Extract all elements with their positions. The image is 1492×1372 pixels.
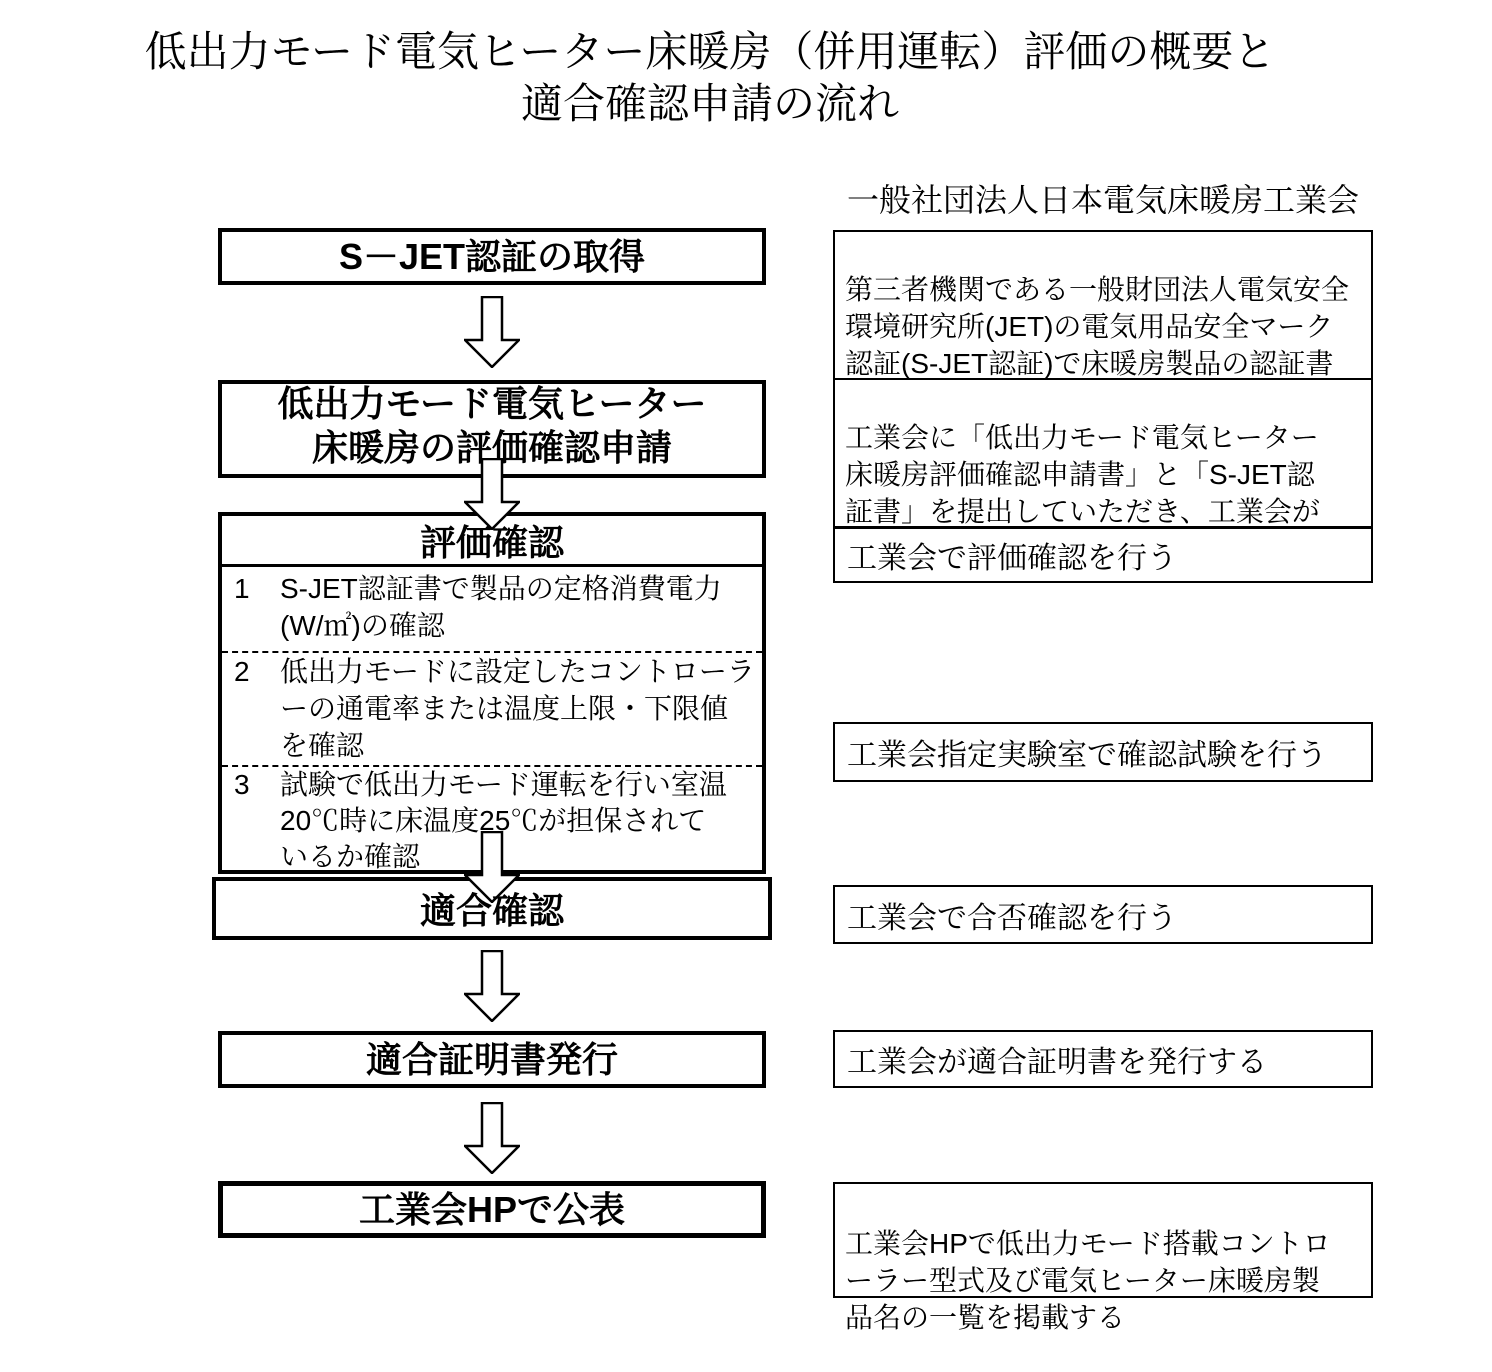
evaluation-header-label: 評価確認 <box>218 516 766 564</box>
note-box-application: 工業会に「低出力モード電気ヒーター 床暖房評価確認申請書」と「S-JET認 証書… <box>833 378 1373 528</box>
note-box-publication: 工業会HPで低出力モード搭載コントロ ーラー型式及び電気ヒーター床暖房製 品名の… <box>833 1182 1373 1298</box>
note-text-publication: 工業会HPで低出力モード搭載コントロ ーラー型式及び電気ヒーター床暖房製 品名の… <box>845 1228 1331 1333</box>
page-title: 低出力モード電気ヒーター床暖房（併用運転）評価の概要と 適合確認申請の流れ <box>30 26 1390 130</box>
eval-item: 2 低出力モードに設定したコントローラ ーの通電率または温度上限・下限値 を確認 <box>222 653 762 767</box>
note-box-evaluation: 工業会で評価確認を行う <box>833 527 1373 583</box>
organization-name: 一般社団法人日本電気床暖房工業会 <box>833 182 1373 218</box>
step-label-evaluation: 評価確認 <box>420 515 564 566</box>
step-label-sjet: S－JET認証の取得 <box>339 235 645 279</box>
evaluation-box: 1 S-JET認証書で製品の定格消費電力 (W/㎡)の確認 2 低出力モードに設… <box>218 512 766 874</box>
step-box-certificate: 適合証明書発行 <box>218 1031 766 1088</box>
note-box-certificate: 工業会が適合証明書を発行する <box>833 1030 1373 1088</box>
down-arrow-icon <box>464 1102 520 1174</box>
down-arrow-icon <box>464 296 520 368</box>
step-label-conformity: 適合確認 <box>420 883 564 934</box>
note-box-conformity: 工業会で合否確認を行う <box>833 885 1373 944</box>
note-text-certificate: 工業会が適合証明書を発行する <box>847 1037 1267 1081</box>
eval-item-text: S-JET認証書で製品の定格消費電力 (W/㎡)の確認 <box>280 570 756 644</box>
step-label-certificate: 適合証明書発行 <box>366 1038 618 1082</box>
eval-item-text: 低出力モードに設定したコントローラ ーの通電率または温度上限・下限値 を確認 <box>280 653 756 764</box>
step-label-publication: 工業会HPで公表 <box>359 1188 625 1232</box>
step-label-application: 低出力モード電気ヒーター 床暖房の評価確認申請 <box>277 382 706 470</box>
note-text-lab-test: 工業会指定実験室で確認試験を行う <box>847 730 1327 774</box>
eval-item: 1 S-JET認証書で製品の定格消費電力 (W/㎡)の確認 <box>222 567 762 653</box>
note-text-evaluation: 工業会で評価確認を行う <box>847 533 1177 577</box>
eval-item-number: 3 <box>234 767 280 803</box>
step-box-sjet: S－JET認証の取得 <box>218 228 766 285</box>
note-text-conformity: 工業会で合否確認を行う <box>847 893 1177 937</box>
down-arrow-icon <box>464 950 520 1022</box>
flowchart-page: 低出力モード電気ヒーター床暖房（併用運転）評価の概要と 適合確認申請の流れ 一般… <box>0 0 1492 1372</box>
note-box-sjet: 第三者機関である一般財団法人電気安全 環境研究所(JET)の電気用品安全マーク … <box>833 230 1373 380</box>
eval-item-number: 2 <box>234 653 280 690</box>
eval-item-number: 1 <box>234 570 280 607</box>
note-box-lab-test: 工業会指定実験室で確認試験を行う <box>833 722 1373 782</box>
step-box-publication: 工業会HPで公表 <box>218 1181 766 1238</box>
conformity-label: 適合確認 <box>212 877 772 940</box>
